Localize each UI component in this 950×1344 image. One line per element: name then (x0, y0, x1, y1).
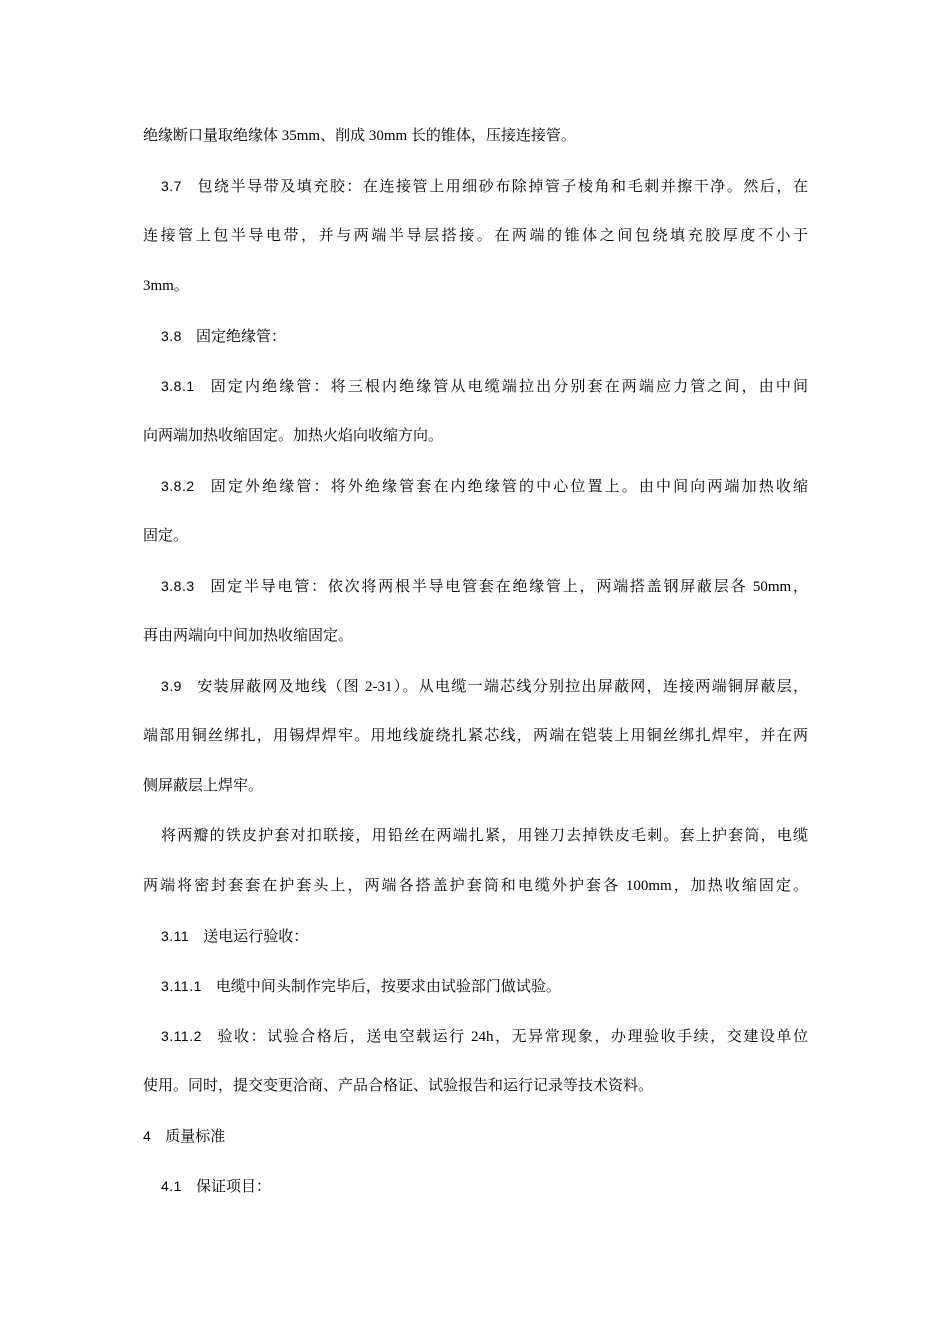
paragraph-line: 绝缘断口量取绝缘体 35mm、削成 30mm 长的锥体，压接连接管。 (143, 126, 808, 146)
line-text: 再由两端向中间加热收缩固定。 (143, 628, 353, 644)
section-number: 4.1 (161, 1178, 182, 1194)
section-number: 3.8.3 (161, 578, 195, 594)
line-text: 连接管上包半导电带，并与两端半导层搭接。在两端的锥体之间包绕填充胶厚度不小于 (143, 228, 808, 244)
line-text: 安装屏蔽网及地线（图 2-31）。从电缆一端芯线分别拉出屏蔽网，连接两端铜屏蔽层… (196, 679, 808, 695)
paragraph-line: 向两端加热收缩固定。加热火焰向收缩方向。 (143, 426, 808, 446)
section-number: 4 (143, 1128, 151, 1144)
section-3-8-3-line: 3.8.3固定半导电管：依次将两根半导电管套在绝缘管上，两端搭盖钢屏蔽层各 50… (161, 576, 808, 597)
line-text: 保证项目： (196, 1179, 271, 1195)
paragraph-line: 3mm。 (143, 276, 808, 296)
section-number: 3.11.1 (161, 978, 202, 994)
document-page: 绝缘断口量取绝缘体 35mm、削成 30mm 长的锥体，压接连接管。 3.7包绕… (0, 0, 950, 1344)
paragraph-line: 将两瓣的铁皮护套对扣联接，用铅丝在两端扎紧，用锉刀去掉铁皮毛刺。套上护套筒，电缆 (161, 826, 808, 846)
paragraph-line: 侧屏蔽层上焊牢。 (143, 776, 808, 796)
line-text: 使用。同时，提交变更洽商、产品合格证、试验报告和运行记录等技术资料。 (143, 1078, 653, 1094)
section-title: 质量标准 (165, 1128, 225, 1145)
section-3-11-heading: 3.11送电运行验收： (161, 926, 808, 947)
section-3-9-line: 3.9安装屏蔽网及地线（图 2-31）。从电缆一端芯线分别拉出屏蔽网，连接两端铜… (161, 676, 808, 697)
section-number: 3.11.2 (161, 1028, 202, 1044)
section-number: 3.7 (161, 178, 182, 194)
section-3-11-2-line: 3.11.2验收：试验合格后，送电空载运行 24h，无异常现象，办理验收手续，交… (161, 1026, 808, 1047)
line-text: 端部用铜丝绑扎，用锡焊焊牢。用地线旋绕扎紧芯线，两端在铠装上用铜丝绑扎焊牢，并在… (143, 728, 808, 744)
paragraph-line: 使用。同时，提交变更洽商、产品合格证、试验报告和运行记录等技术资料。 (143, 1076, 808, 1096)
paragraph-line: 再由两端向中间加热收缩固定。 (143, 626, 808, 646)
section-4-heading: 4质量标准 (143, 1126, 808, 1147)
line-text: 固定半导电管：依次将两根半导电管套在绝缘管上，两端搭盖钢屏蔽层各 50mm， (209, 579, 808, 595)
line-text: 固定内绝缘管：将三根内绝缘管从电缆端拉出分别套在两端应力管之间，由中间 (209, 379, 808, 395)
line-text: 3mm。 (143, 278, 189, 294)
section-number: 3.8.2 (161, 478, 195, 494)
paragraph-line: 端部用铜丝绑扎，用锡焊焊牢。用地线旋绕扎紧芯线，两端在铠装上用铜丝绑扎焊牢，并在… (143, 726, 808, 746)
line-text: 向两端加热收缩固定。加热火焰向收缩方向。 (143, 428, 443, 444)
line-text: 送电运行验收： (203, 929, 308, 945)
section-4-1-heading: 4.1保证项目： (161, 1176, 808, 1197)
paragraph-line: 连接管上包半导电带，并与两端半导层搭接。在两端的锥体之间包绕填充胶厚度不小于 (143, 226, 808, 246)
line-text: 固定外绝缘管：将外绝缘管套在内绝缘管的中心位置上。由中间向两端加热收缩 (209, 479, 808, 495)
paragraph-line: 固定。 (143, 526, 808, 546)
section-number: 3.11 (161, 928, 189, 944)
line-text: 固定绝缘管： (196, 329, 286, 345)
paragraph-line: 两端将密封套套在护套头上，两端各搭盖护套筒和电缆外护套各 100mm，加热收缩固… (143, 876, 808, 896)
line-text: 固定。 (143, 528, 188, 544)
section-number: 3.8.1 (161, 378, 195, 394)
line-text: 验收：试验合格后，送电空载运行 24h，无异常现象，办理验收手续，交建设单位 (216, 1029, 808, 1045)
line-text: 两端将密封套套在护套头上，两端各搭盖护套筒和电缆外护套各 100mm，加热收缩固… (143, 878, 808, 894)
line-text: 包绕半导带及填充胶：在连接管上用细砂布除掉管子棱角和毛刺并擦干净。然后，在 (196, 179, 808, 195)
section-3-8-heading: 3.8固定绝缘管： (161, 326, 808, 347)
line-text: 将两瓣的铁皮护套对扣联接，用铅丝在两端扎紧，用锉刀去掉铁皮毛刺。套上护套筒，电缆 (161, 828, 808, 844)
section-number: 3.9 (161, 678, 182, 694)
section-3-8-2-line: 3.8.2固定外绝缘管：将外绝缘管套在内绝缘管的中心位置上。由中间向两端加热收缩 (161, 476, 808, 497)
section-number: 3.8 (161, 328, 182, 344)
line-text: 绝缘断口量取绝缘体 35mm、削成 30mm 长的锥体，压接连接管。 (143, 128, 576, 144)
line-text: 电缆中间头制作完毕后，按要求由试验部门做试验。 (216, 979, 561, 995)
section-3-11-1-line: 3.11.1电缆中间头制作完毕后，按要求由试验部门做试验。 (161, 976, 808, 997)
section-3-7-line: 3.7包绕半导带及填充胶：在连接管上用细砂布除掉管子棱角和毛刺并擦干净。然后，在 (161, 176, 808, 197)
line-text: 侧屏蔽层上焊牢。 (143, 778, 263, 794)
section-3-8-1-line: 3.8.1固定内绝缘管：将三根内绝缘管从电缆端拉出分别套在两端应力管之间，由中间 (161, 376, 808, 397)
